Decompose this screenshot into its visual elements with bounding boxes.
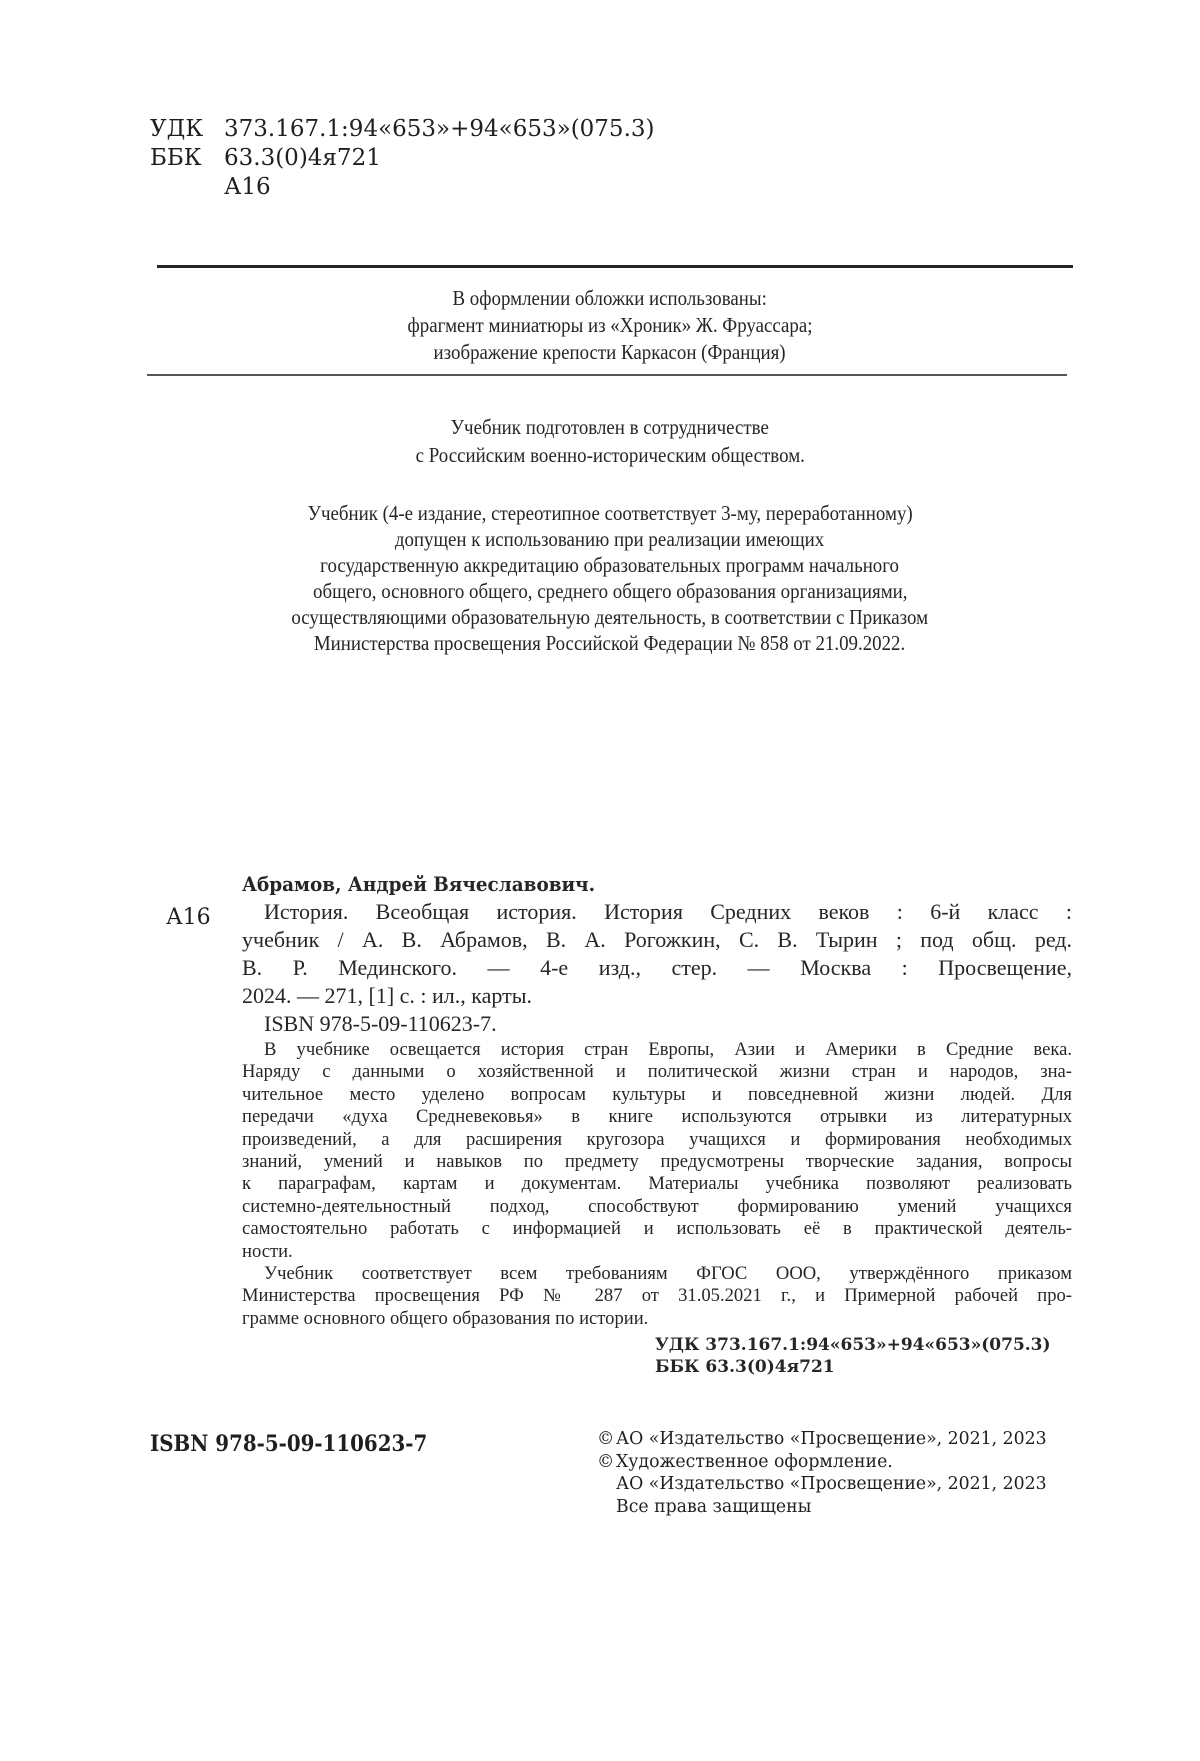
card-abstract: В учебнике освещается история стран Евро… xyxy=(242,1039,1072,1330)
approval-line: общего, основного общего, среднего общег… xyxy=(313,578,907,604)
abstract-line: передачи «духа Средневековья» в книге ис… xyxy=(242,1106,1072,1128)
udk-value: 373.167.1:94«653»+94«653»(075.3) xyxy=(224,115,655,144)
divider-middle xyxy=(147,374,1067,376)
bib-line: История. Всеобщая история. История Средн… xyxy=(242,898,1072,926)
card-isbn: ISBN 978-5-09-110623-7. xyxy=(242,1010,1072,1037)
copyright-text: АО «Издательство «Просвещение», 2021, 20… xyxy=(616,1428,1047,1451)
abstract-line: к параграфам, картам и документам. Матер… xyxy=(242,1173,1072,1195)
udk-row: УДК 373.167.1:94«653»+94«653»(075.3) xyxy=(150,115,655,144)
approval-line: осуществляющими образовательную деятельн… xyxy=(292,604,929,630)
copyright-text: АО «Издательство «Просвещение», 2021, 20… xyxy=(616,1473,1047,1496)
copyright-text: Художественное оформление. xyxy=(616,1451,893,1474)
card-udk: УДК 373.167.1:94«653»+94«653»(075.3) xyxy=(655,1334,1060,1356)
copyright-block: © АО «Издательство «Просвещение», 2021, … xyxy=(597,1428,1047,1518)
abstract-line: чительное место уделено вопросам культур… xyxy=(242,1084,1072,1106)
catalog-card: Абрамов, Андрей Вячеславович. История. В… xyxy=(242,870,1072,1378)
cooperation-line: Учебник подготовлен в сотрудничестве xyxy=(451,413,769,441)
card-author-mark: А16 xyxy=(166,905,211,930)
card-author: Абрамов, Андрей Вячеславович. xyxy=(242,870,1006,898)
cover-credits-line: изображение крепости Каркасон (Франция) xyxy=(434,339,786,366)
copyright-icon: © xyxy=(597,1451,616,1474)
standard-line: Учебник соответствует всем требованиям Ф… xyxy=(242,1263,1072,1285)
bibliographic-description: История. Всеобщая история. История Средн… xyxy=(242,898,1072,1010)
copyright-row: © АО «Издательство «Просвещение», 2021, … xyxy=(597,1428,1047,1451)
standard-line: грамме основного общего образования по и… xyxy=(242,1308,1072,1330)
bbk-row: ББК 63.3(0)4я721 xyxy=(150,144,655,173)
approval-line: допущен к использованию при реализации и… xyxy=(395,526,824,552)
isbn-bottom: ISBN 978-5-09-110623-7 xyxy=(150,1431,427,1457)
abstract-line: произведений, а для расширения кругозора… xyxy=(242,1129,1072,1151)
abstract-line: Наряду с данными о хозяйственной и полит… xyxy=(242,1061,1072,1083)
copyright-row: АО «Издательство «Просвещение», 2021, 20… xyxy=(597,1473,1047,1496)
abstract-line: знаний, умений и навыков по предмету пре… xyxy=(242,1151,1072,1173)
divider-top xyxy=(157,265,1073,268)
approval-note: Учебник (4-е издание, стереотипное соотв… xyxy=(140,500,1080,656)
standard-line: Министерства просвещения РФ № 287 от 31.… xyxy=(242,1285,1072,1307)
approval-line: Министерства просвещения Российской Феде… xyxy=(314,630,905,656)
author-mark: А16 xyxy=(224,173,271,202)
abstract-line: системно-деятельностный подход, способст… xyxy=(242,1196,1072,1218)
card-codes: УДК 373.167.1:94«653»+94«653»(075.3) ББК… xyxy=(242,1334,1072,1378)
copyright-row: Все права защищены xyxy=(597,1496,1047,1519)
card-bbk: ББК 63.3(0)4я721 xyxy=(655,1356,1060,1378)
bbk-label: ББК xyxy=(150,144,224,173)
abstract-line: В учебнике освещается история стран Евро… xyxy=(242,1039,1072,1061)
abstract-line: ности. xyxy=(242,1241,1072,1263)
approval-line: государственную аккредитацию образовател… xyxy=(321,552,900,578)
approval-line: Учебник (4-е издание, стереотипное соотв… xyxy=(307,500,912,526)
copyright-icon: © xyxy=(597,1428,616,1451)
copyright-row: © Художественное оформление. xyxy=(597,1451,1047,1474)
cooperation-note: Учебник подготовлен в сотрудничестве с Р… xyxy=(140,413,1080,469)
udk-label: УДК xyxy=(150,115,224,144)
bib-line: 2024. — 271, [1] с. : ил., карты. xyxy=(242,982,1072,1010)
copyright-text: Все права защищены xyxy=(616,1496,811,1519)
author-mark-row: А16 xyxy=(150,173,655,202)
cover-credits-line: В оформлении обложки использованы: xyxy=(453,285,767,312)
cover-credits: В оформлении обложки использованы: фрагм… xyxy=(140,285,1080,366)
bib-line: В. Р. Мединского. — 4-е изд., стер. — Мо… xyxy=(242,954,1072,982)
cooperation-line: с Российским военно-историческим обществ… xyxy=(415,441,804,469)
bib-line: учебник / А. В. Абрамов, В. А. Рогожкин,… xyxy=(242,926,1072,954)
classification-codes: УДК 373.167.1:94«653»+94«653»(075.3) ББК… xyxy=(150,115,655,202)
abstract-line: самостоятельно работать с информацией и … xyxy=(242,1218,1072,1240)
bbk-value: 63.3(0)4я721 xyxy=(224,144,381,173)
cover-credits-line: фрагмент миниатюры из «Хроник» Ж. Фруасс… xyxy=(407,312,812,339)
